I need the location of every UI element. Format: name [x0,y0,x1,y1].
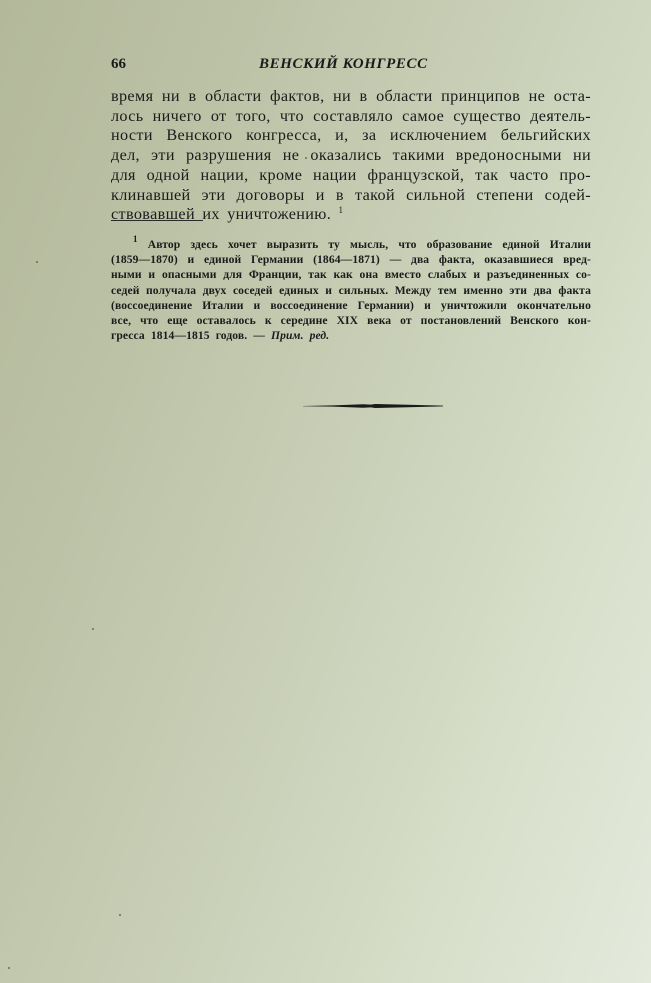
text-line: клинавшей эти договоры и в такой сильной… [111,186,591,206]
main-paragraph: время ни в области фактов, ни в области … [111,87,591,225]
running-head: ВЕНСКИЙ КОНГРЕСС [259,55,428,73]
paper-speck [305,157,307,159]
text-line: дел, эти разрушения не оказались такими … [111,146,591,166]
footnote: 1 Автор здесь хочет выразить ту мысль, ч… [111,237,591,343]
paper-speck [36,261,38,263]
page-header: 66 ВЕНСКИЙ КОНГРЕСС [111,55,589,75]
text-line-last: ствовавшей их уничтожению. 1 [111,205,591,225]
footnote-line: ными и опасными для Франции, так как она… [111,267,591,282]
text-line: лось ничего от того, что составляло само… [111,107,591,127]
footnote-line-last: гресса 1814—1815 годов. — Прим. ред. [111,328,591,343]
footnote-line: 1 Автор здесь хочет выразить ту мысль, ч… [111,237,591,252]
footnote-line: (1859—1870) и единой Германии (1864—1871… [111,252,591,267]
footnote-marker: 1 [133,234,138,244]
book-page: 66 ВЕНСКИЙ КОНГРЕСС время ни в области ф… [0,0,651,983]
footnote-line: все, что еще оставалось к середине XIX в… [111,313,591,328]
footnote-line-content: гресса 1814—1815 годов. — [111,329,265,342]
paper-speck [119,914,121,916]
text-line: время ни в области фактов, ни в области … [111,87,591,107]
editor-note: Прим. ред. [271,329,329,342]
paper-speck [8,967,10,969]
text-line: ности Венского конгресса, и, за исключен… [111,126,591,146]
footnote-line-content: Автор здесь хочет выразить ту мысль, что… [148,238,591,251]
paper-speck [92,628,94,630]
footnote-separator [111,220,203,221]
footnote-line: (воссоединение Италии и воссоединение Ге… [111,298,591,313]
text-line: для одной нации, кроме нации французской… [111,166,591,186]
end-ornament-rule [303,403,443,409]
footnote-reference: 1 [339,205,344,215]
footnote-line: седей получала двух соседей единых и сил… [111,283,591,298]
page-number: 66 [111,55,126,73]
